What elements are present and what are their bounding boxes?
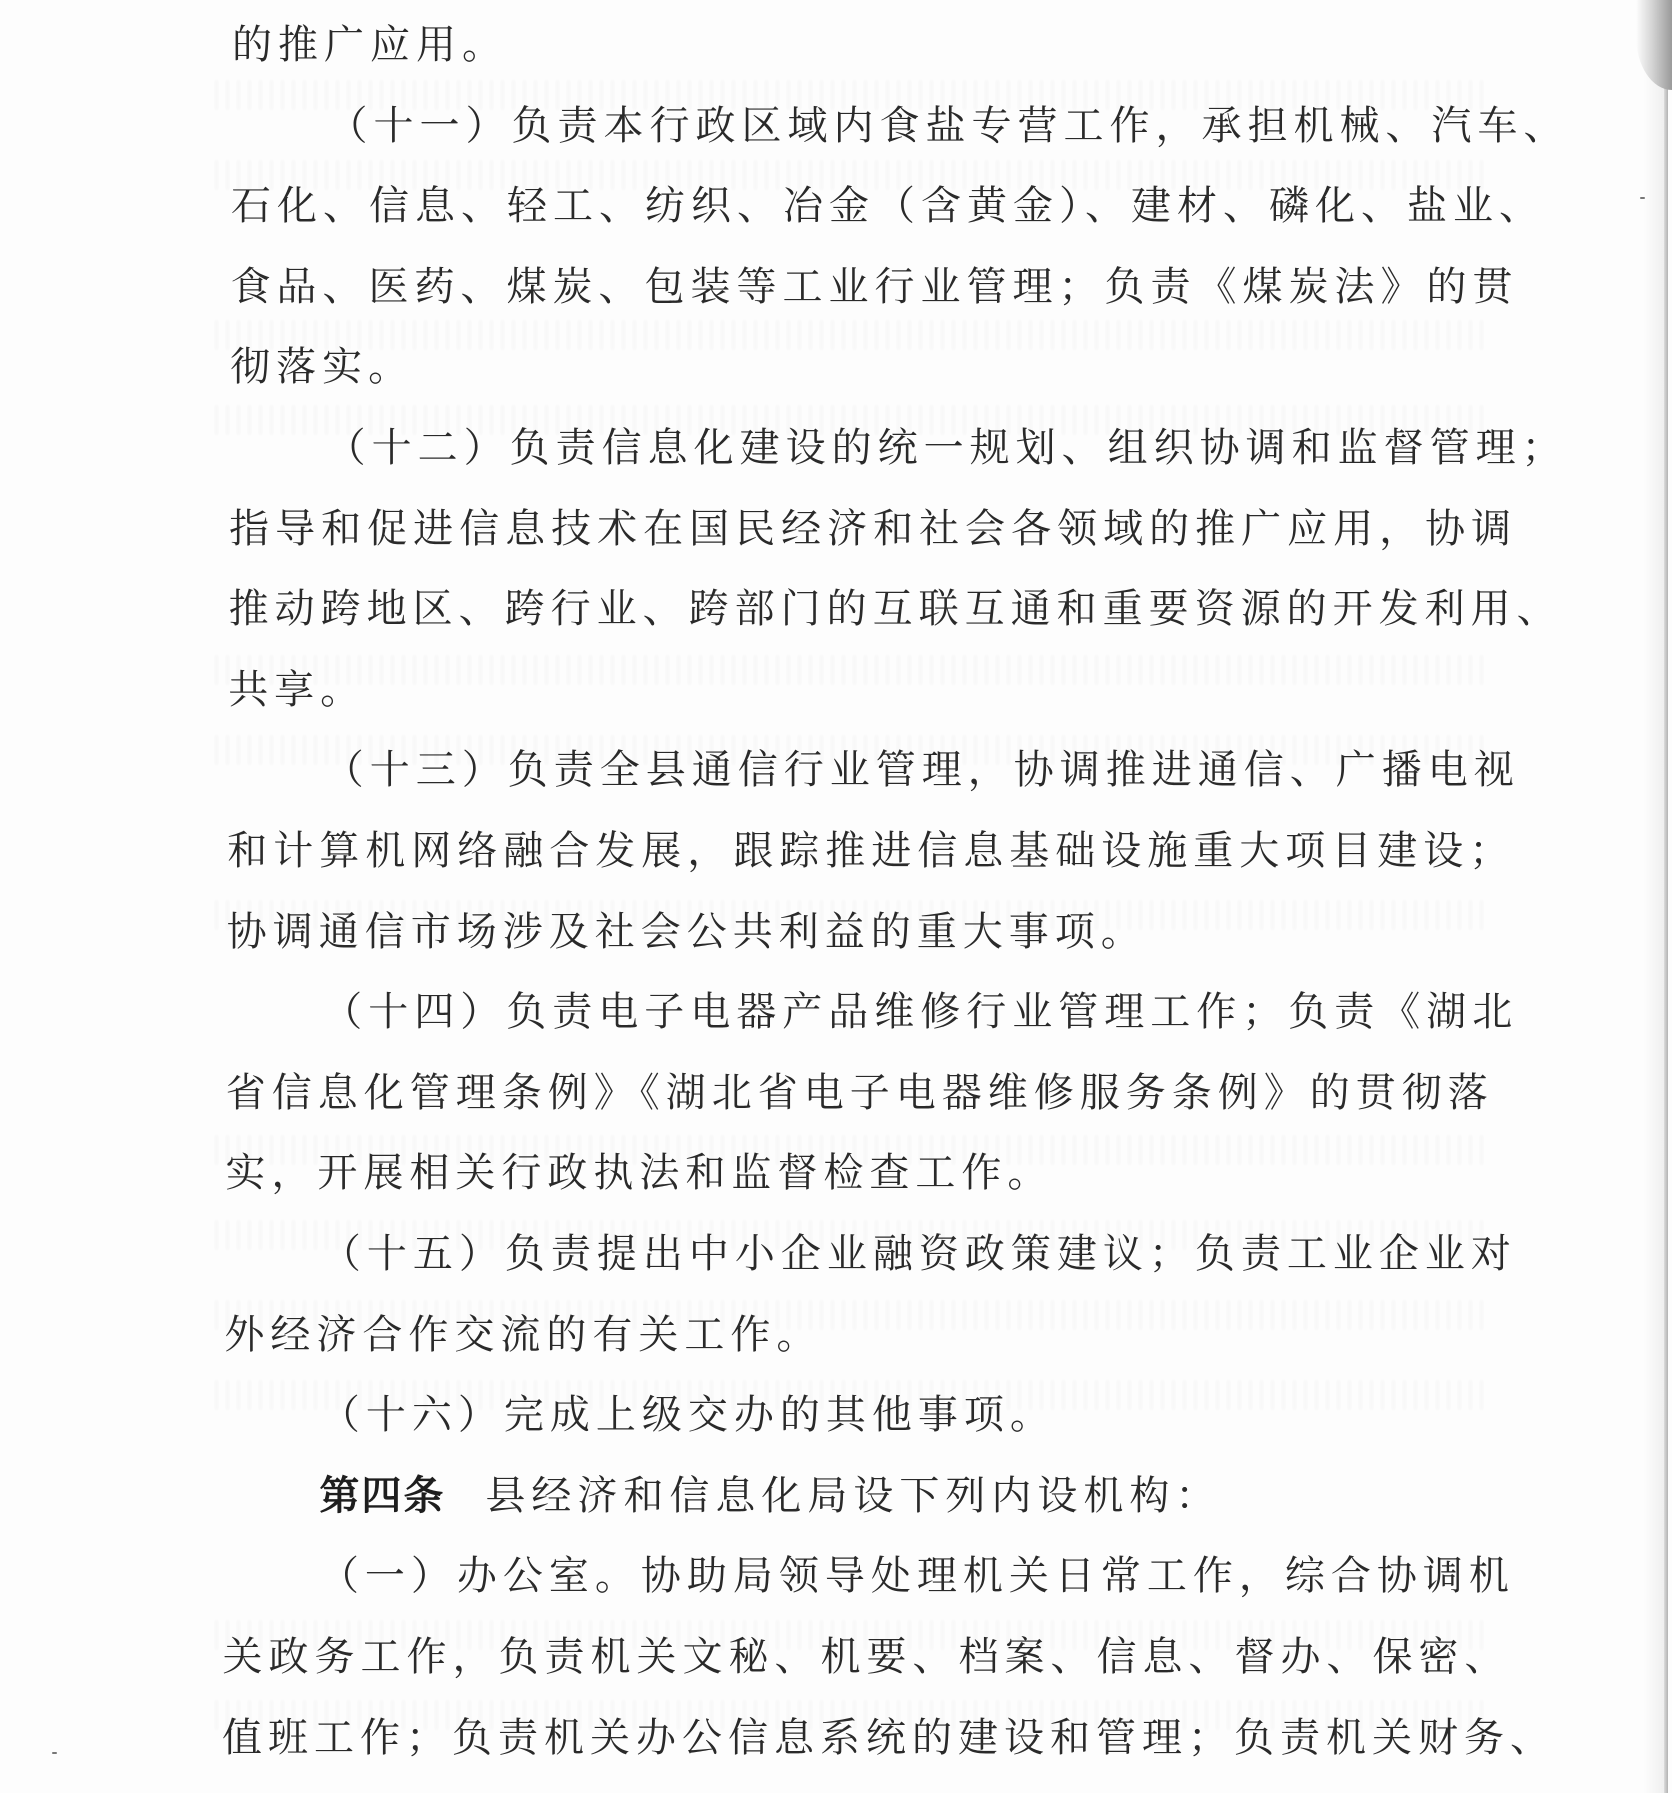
document-line: 食品、医药、煤炭、包装等工业行业管理；负责《煤炭法》的贯 (231, 263, 1478, 311)
article-text: 县经济和信息化局设下列内设机构： (485, 1473, 1221, 1519)
page-edge-fade (1644, 60, 1664, 1793)
document-line: （十五）负责提出中小企业融资政策建议；负责工业企业对 (321, 1230, 1474, 1278)
document-line: 指导和促进信息技术在国民经济和社会各领域的推广应用，协调 (229, 505, 1476, 553)
document-line: 协调通信市场涉及社会公共利益的重大事项。 (227, 908, 1147, 956)
document-line: 值班工作；负责机关办公信息系统的建设和管理；负责机关财务、 (222, 1714, 1472, 1762)
document-line: 推动跨地区、跨行业、跨部门的互联互通和重要资源的开发利用、 (229, 585, 1476, 633)
bleed-through-texture (215, 655, 1485, 685)
article-heading-line: 第四条县经济和信息化局设下列内设机构： (319, 1472, 1221, 1520)
document-line: （十二）负责信息化建设的统一规划、组织协调和监督管理； (326, 424, 1477, 472)
document-line: 外经济合作交流的有关工作。 (224, 1311, 822, 1359)
document-line: （十一）负责本行政区域内食盐专营工作，承担机械、汽车、 (328, 102, 1478, 150)
document-line: （十六）完成上级交办的其他事项。 (320, 1391, 1056, 1439)
document-line: （一）办公室。协助局领导处理机关日常工作，综合协调机 (319, 1552, 1473, 1600)
page-corner-curl (1636, 0, 1672, 90)
document-line: 省信息化管理条例》《湖北省电子电器维修服务条例》的贯彻落 (226, 1069, 1474, 1117)
document-line: （十四）负责电子电器产品维修行业管理工作；负责《湖北 (322, 988, 1474, 1036)
document-line: 彻落实。 (230, 343, 414, 391)
scan-speck (52, 1752, 57, 1754)
document-line: 共享。 (228, 666, 366, 714)
document-line: 石化、信息、轻工、纺织、冶金（含黄金）、建材、磷化、盐业、 (231, 182, 1477, 230)
document-line: 关政务工作，负责机关文秘、机要、档案、信息、督办、保密、 (222, 1633, 1472, 1681)
document-line: 和计算机网络融合发展，跟踪推进信息基础设施重大项目建设； (227, 827, 1475, 875)
scan-speck (1640, 197, 1645, 199)
document-line: 实，开展相关行政执法和监督检查工作。 (225, 1149, 1053, 1197)
scanned-document-page: 的推广应用。（十一）负责本行政区域内食盐专营工作，承担机械、汽车、石化、信息、轻… (0, 0, 1672, 1793)
document-line: 的推广应用。 (232, 21, 508, 69)
document-line: （十三）负责全县通信行业管理，协调推进通信、广播电视 (324, 746, 1476, 794)
page-edge-shadow (1664, 60, 1668, 1793)
article-number: 第四条 (319, 1473, 445, 1519)
